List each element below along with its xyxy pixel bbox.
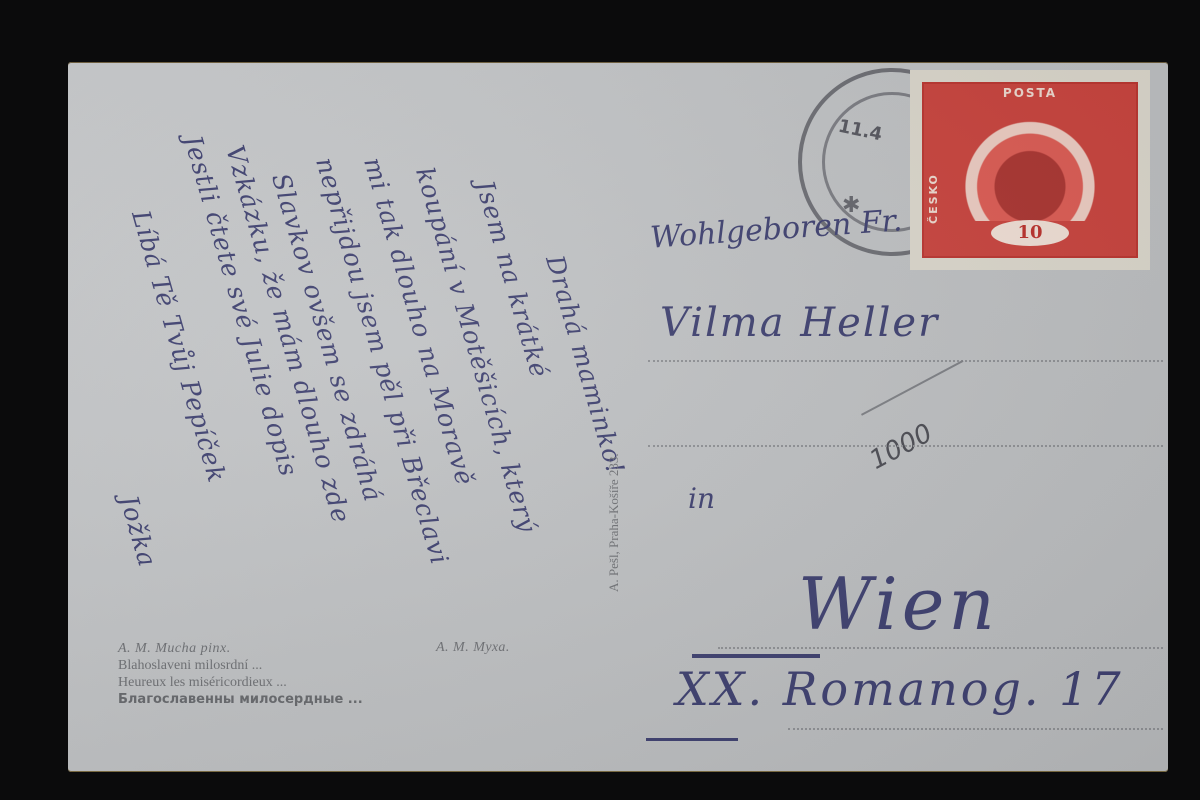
hradcany-castle-icon bbox=[946, 106, 1114, 221]
artist-credit: A. M. Mucha pinx. bbox=[118, 640, 363, 657]
underline-stroke bbox=[692, 654, 820, 658]
message-line: Drahá maminko! bbox=[540, 252, 630, 478]
address-preposition: in bbox=[688, 482, 715, 515]
address-line-4 bbox=[788, 728, 1163, 730]
address-street: XX. Romanog. 17 bbox=[676, 662, 1124, 716]
stamp-design: POSTA ČESKO SLOVENSKÁ 10 bbox=[922, 82, 1138, 258]
address-line-3 bbox=[718, 647, 1163, 649]
address-line-1 bbox=[648, 360, 1163, 362]
caption-french: Heureux les miséricordieux ... bbox=[118, 674, 363, 691]
stamp-left-text: ČESKO bbox=[927, 173, 940, 224]
postcard: 11.4 ✱ POSTA ČESKO SLOVENSKÁ 10 Drahá ma… bbox=[68, 62, 1168, 772]
pencil-note: 1000 bbox=[865, 418, 938, 476]
caption-czech: Blahoslaveni milosrdní ... bbox=[118, 657, 363, 674]
stamp-top-text: POSTA bbox=[924, 86, 1136, 100]
message-signature: Jožka bbox=[114, 492, 162, 570]
handwritten-message: Drahá maminko! Jsem na krátké koupání v … bbox=[98, 92, 618, 692]
printed-captions: A. M. Mucha pinx. Blahoslaveni milosrdní… bbox=[118, 640, 363, 708]
stamp-value: 10 bbox=[991, 220, 1069, 246]
address-city: Wien bbox=[798, 562, 999, 646]
postage-stamp: POSTA ČESKO SLOVENSKÁ 10 bbox=[910, 70, 1150, 270]
pencil-mark bbox=[861, 360, 963, 416]
underline-stroke bbox=[646, 738, 738, 741]
caption-russian: Благославенны милосердные ... bbox=[118, 691, 363, 708]
address-name: Vilma Heller bbox=[660, 300, 939, 346]
address-line-2 bbox=[648, 445, 1163, 447]
publisher-imprint: A. Pešl, Praha-Košíře 233. bbox=[606, 453, 622, 592]
artist-credit-cyrillic: А. М. Муха. bbox=[436, 640, 510, 656]
